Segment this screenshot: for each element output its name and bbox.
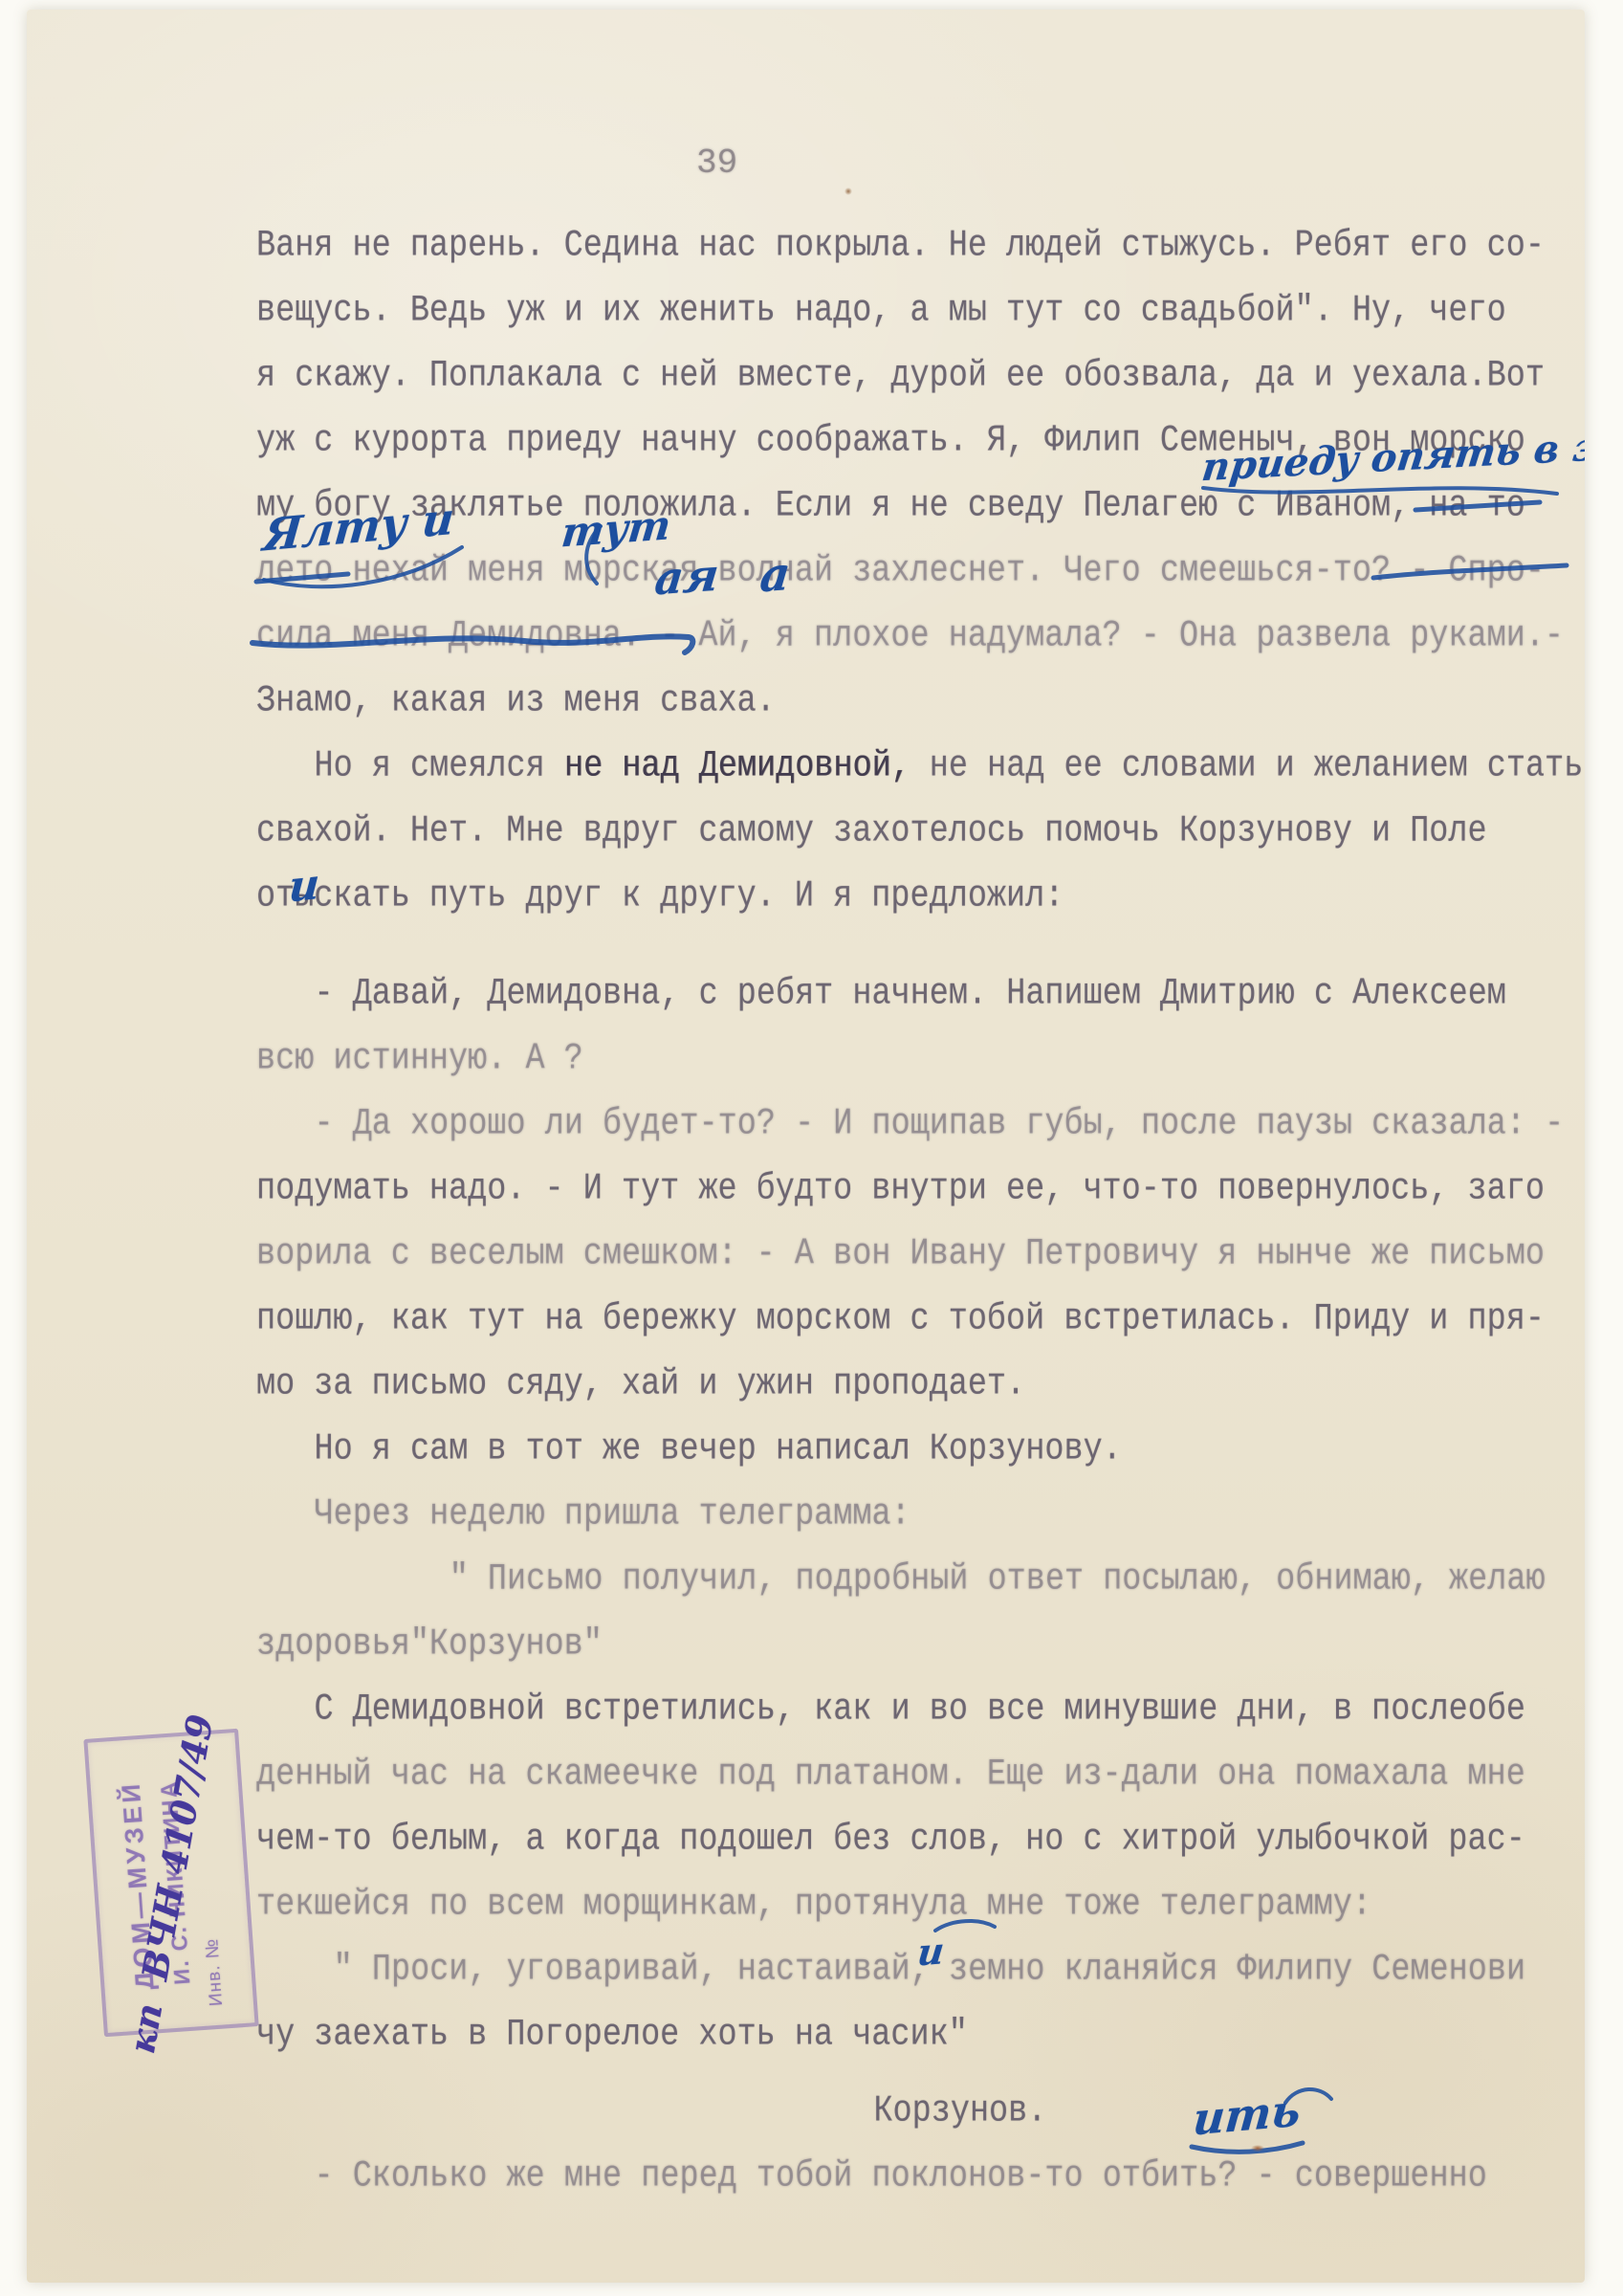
- typed-line: С Демидовной встретились, как и во все м…: [315, 1689, 1526, 1731]
- typed-line: Но я сам в тот же вечер написал Корзунов…: [315, 1428, 1122, 1470]
- typed-line: здоровья"Корзунов": [256, 1623, 603, 1666]
- typed-segment: не над Демидовной,: [564, 745, 910, 787]
- fix-letters-it-otbit: ить: [1191, 2084, 1303, 2145]
- typed-line: Через неделю пришла телеграмма:: [315, 1493, 910, 1535]
- typed-line: сила меня Демидовна. - Ай, я плохое наду…: [256, 615, 1564, 657]
- typed-line: денный час на скамеечке под платаном. Ещ…: [256, 1754, 1525, 1796]
- fix-ending-a: а: [757, 547, 793, 604]
- manuscript-paper: 39 Ваня не парень. Седина нас покрыла. Н…: [27, 10, 1585, 2283]
- typed-line: - Сколько же мне перед тобой поклонов-то…: [315, 2155, 1487, 2197]
- typed-line: чем-то белым, а когда подошел без слов, …: [256, 1819, 1525, 1861]
- typed-line: текшейся по всем морщинкам, протянула мн…: [256, 1884, 1371, 1926]
- typed-line: Корзунов.: [873, 2090, 1046, 2132]
- typed-line: вещусь. Ведь уж и их женить надо, а мы т…: [256, 290, 1506, 332]
- typed-line: свахой. Нет. Мне вдруг самому захотелось…: [256, 810, 1487, 852]
- typed-line: пошлю, как тут на бережку морском с тобо…: [256, 1298, 1545, 1340]
- typed-segment: не над ее словами и желанием стать: [910, 745, 1584, 787]
- typed-line: - Да хорошо ли будет-то? - И пощипав губ…: [315, 1103, 1565, 1145]
- typed-line: - Давай, Демидовна, с ребят начнем. Напи…: [315, 973, 1506, 1015]
- typed-line: всю истинную. А ?: [256, 1038, 583, 1080]
- typed-line: Ваня не парень. Седина нас покрыла. Не л…: [256, 225, 1545, 267]
- fix-letter-i-otyskat: и: [287, 860, 320, 913]
- typed-line: ворила с веселым смешком: - А вон Ивану …: [256, 1233, 1545, 1275]
- typed-line: Но я смеялся не над Демидовной, не над е…: [315, 745, 1584, 787]
- typed-line: " Письмо получил, подробный ответ посыла…: [450, 1558, 1546, 1601]
- insert-word-tut: тут: [559, 501, 673, 556]
- typed-segment: Но я смеялся: [315, 745, 564, 787]
- handwritten-ink-strokes: [27, 10, 1585, 2283]
- paper-stain: [844, 188, 852, 195]
- typed-line: чу заехать в Погорелое хоть на часик": [256, 2014, 968, 2056]
- typed-line: я скажу. Поплакала с ней вместе, дурой е…: [256, 355, 1545, 397]
- typed-line: лето нехай меня морская волнай захлеснет…: [256, 550, 1545, 592]
- typed-line: отыскать путь друг к другу. И я предложи…: [256, 875, 1064, 917]
- paper-stain: [1251, 2145, 1264, 2152]
- scanned-page: 39 Ваня не парень. Седина нас покрыла. Н…: [0, 0, 1623, 2296]
- fix-ending-aya: ая: [652, 548, 721, 605]
- page-number: 39: [696, 143, 737, 183]
- fix-letter-i-nastaivai: и: [915, 1929, 946, 1974]
- typed-line: мо за письмо сяду, хай и ужин проподает.: [256, 1363, 1025, 1405]
- typed-line: подумать надо. - И тут же будто внутри е…: [256, 1168, 1545, 1210]
- underline-otbit: [1192, 2143, 1303, 2152]
- typed-line: Знамо, какая из меня сваха.: [256, 680, 776, 722]
